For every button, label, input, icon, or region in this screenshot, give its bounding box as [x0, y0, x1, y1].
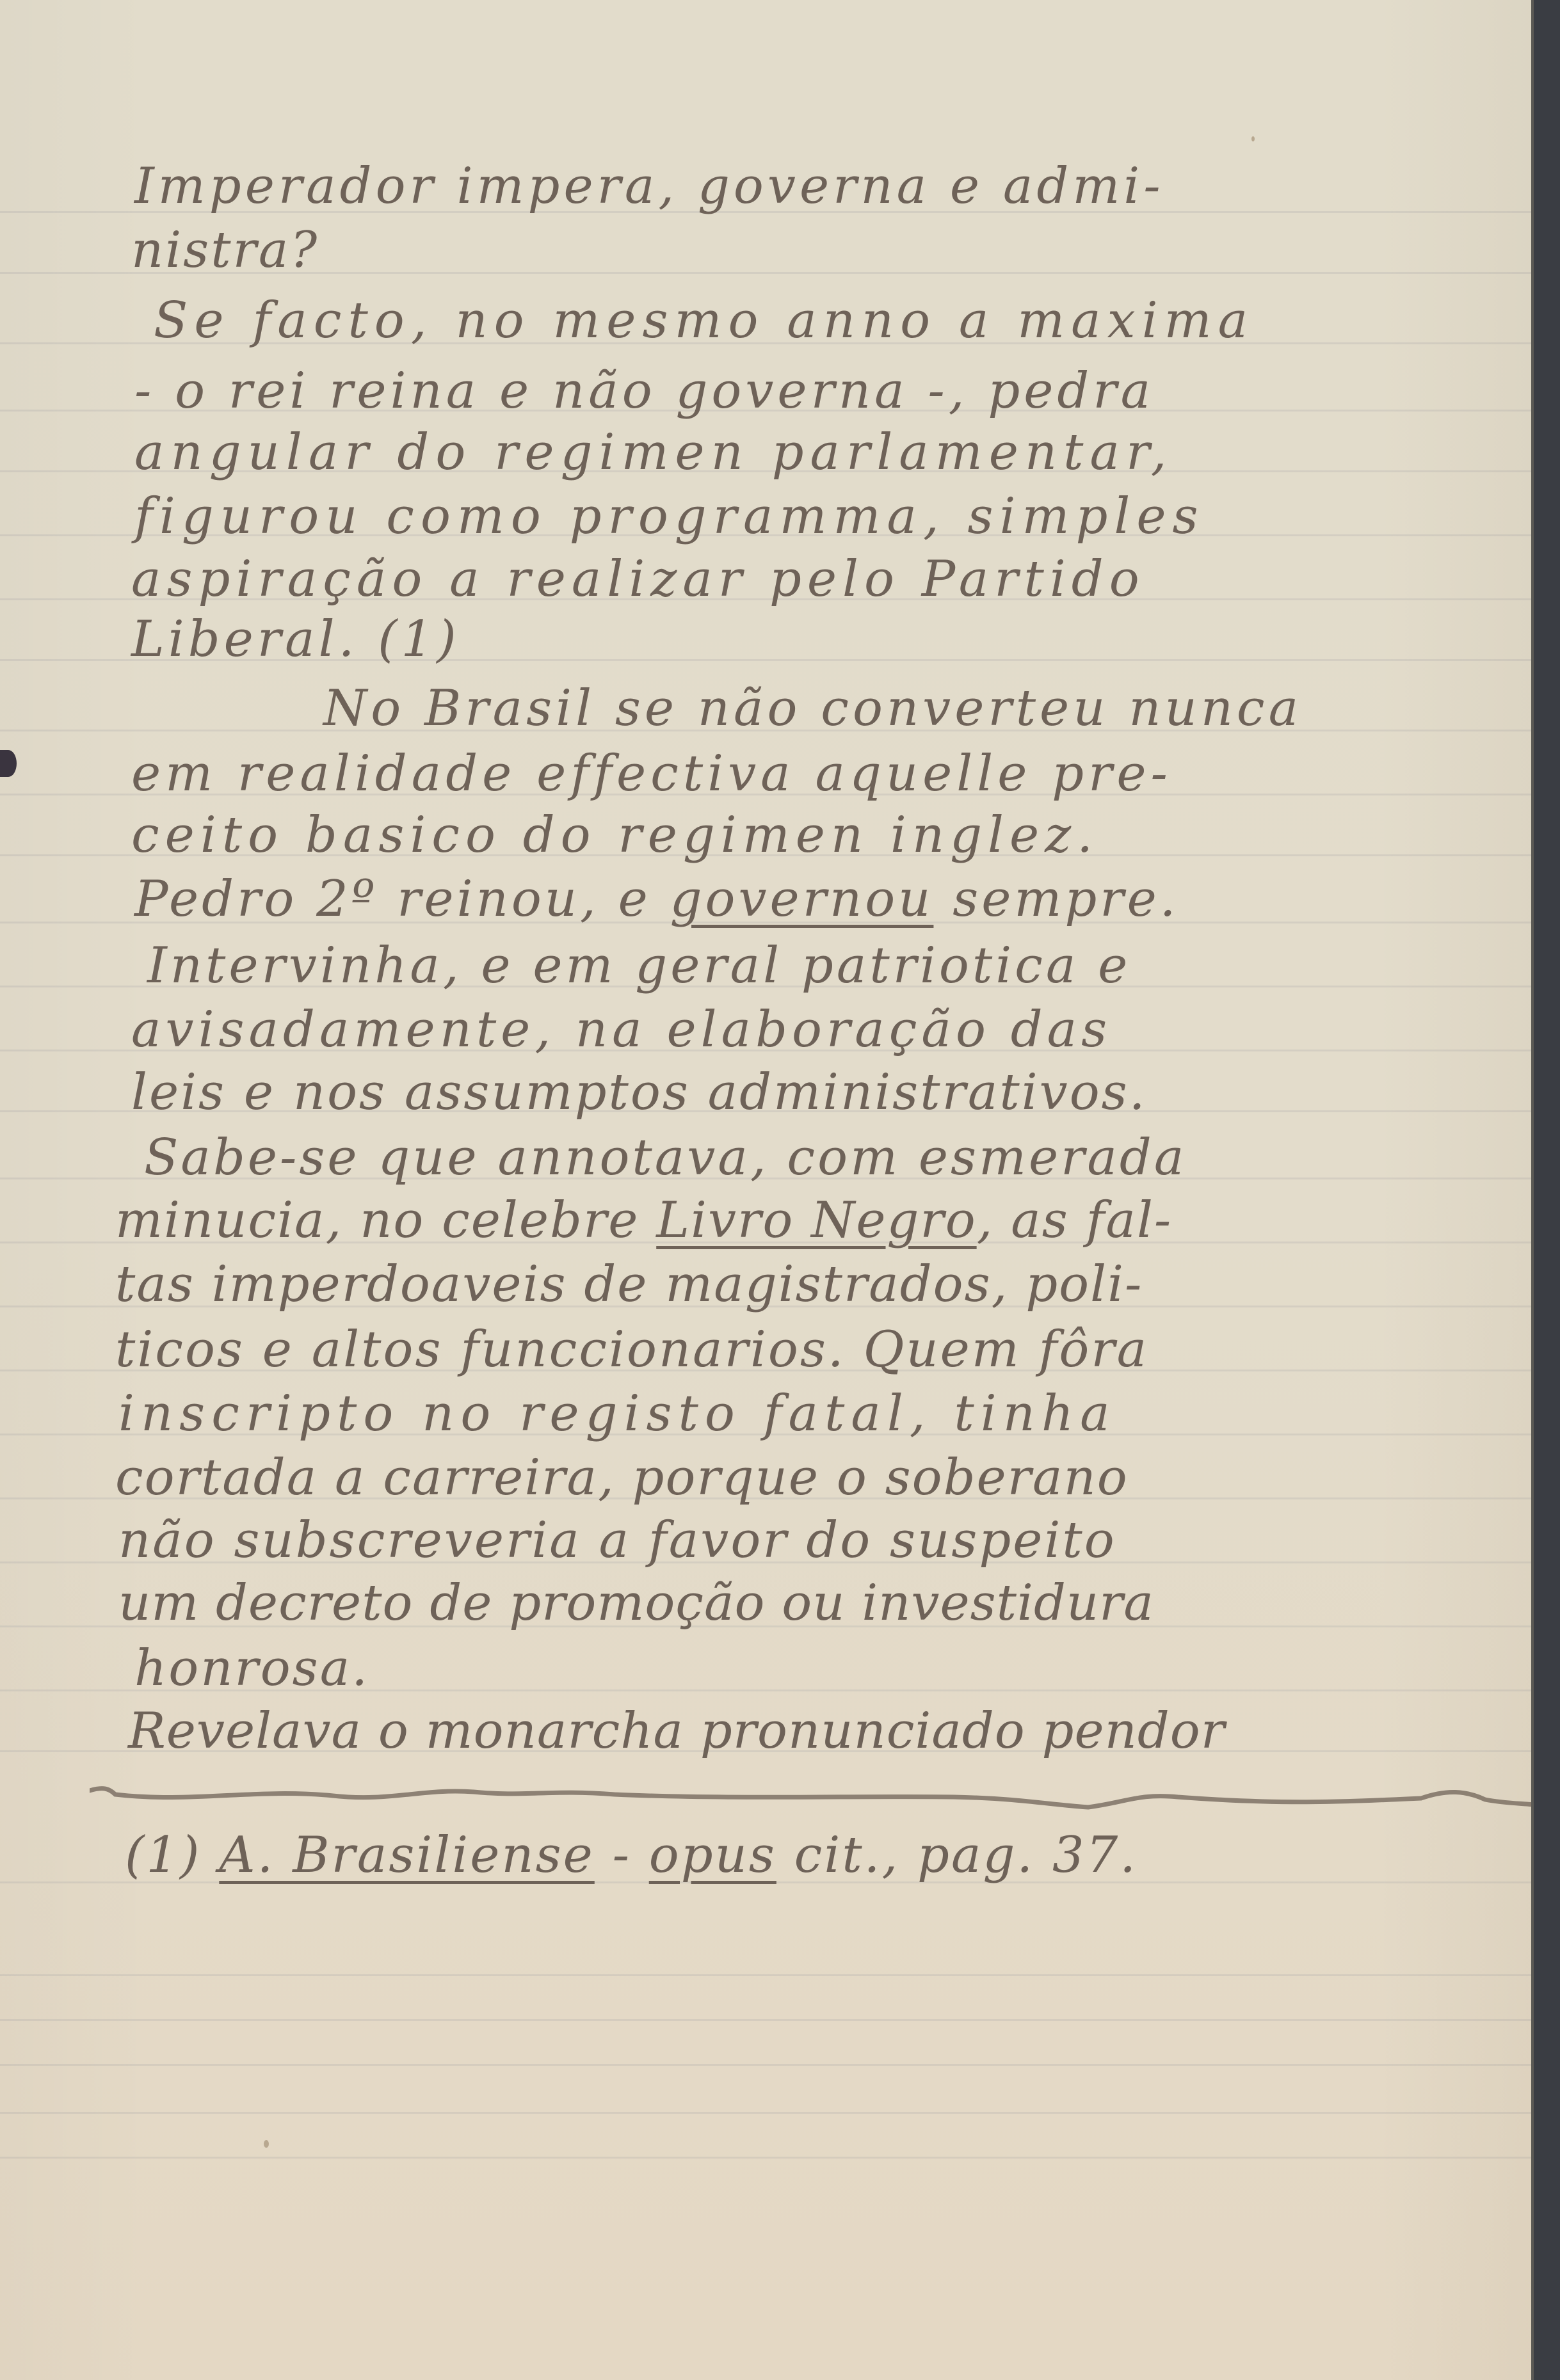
footnote-separator — [90, 1785, 1533, 1811]
text-line: figurou como programma, simples — [134, 491, 1205, 541]
text-line: minucia, no celebre Livro Negro, as fal- — [115, 1195, 1172, 1245]
text-line: Revelava o monarcha pronunciado pendor — [128, 1706, 1225, 1756]
text-line: não subscreveria a favor do suspeito — [118, 1515, 1116, 1565]
text-line: honrosa. — [134, 1643, 369, 1693]
footnote-dash: - — [595, 1826, 649, 1884]
text-line: No Brasil se não converteu nunca — [323, 683, 1302, 733]
text-segment: minucia, no celebre — [115, 1192, 656, 1249]
ruled-line — [0, 2157, 1531, 2159]
text-line: ticos e altos funccionarios. Quem fôra — [115, 1325, 1148, 1375]
text-line: Se facto, no mesmo anno a maxima — [154, 296, 1254, 346]
ruled-line — [0, 1974, 1531, 1976]
footnote-author: A. Brasiliense — [219, 1826, 594, 1884]
text-line: Intervinha, e em geral patriotica e — [147, 941, 1130, 991]
footnote-opus: opus — [649, 1826, 776, 1884]
text-line: Liberal. (1) — [131, 614, 460, 664]
text-line: angular do regimen parlamentar, — [134, 427, 1173, 477]
underlined-word: governou — [670, 870, 934, 928]
footnote-marker: (1) — [125, 1826, 202, 1884]
footnote: (1) A. Brasiliense - opus cit., pag. 37. — [125, 1830, 1138, 1880]
text-line: nistra? — [131, 225, 319, 275]
ruled-line — [0, 2112, 1531, 2114]
underlined-title: Livro Negro — [656, 1192, 976, 1249]
text-line: aspiração a realizar pelo Partido — [131, 554, 1145, 604]
text-line: um decreto de promoção ou investidura — [118, 1578, 1154, 1628]
text-segment: sempre. — [933, 870, 1178, 928]
text-line: cortada a carreira, porque o soberano — [115, 1453, 1129, 1503]
text-line: ceito basico do regimen inglez. — [131, 810, 1098, 860]
text-line: tas imperdoaveis de magistrados, poli- — [115, 1259, 1143, 1309]
text-line: - o rei reina e não governa -, pedra — [134, 366, 1154, 416]
manuscript-page: Imperador impera, governa e admi- nistra… — [0, 0, 1531, 2380]
paper-speck — [264, 2140, 269, 2148]
ruled-line — [0, 2019, 1531, 2021]
text-line: leis e nos assumptos administrativos. — [131, 1067, 1147, 1117]
text-line: Sabe-se que annotava, com esmerada — [144, 1133, 1186, 1183]
text-line: inscripto no registo fatal, tinha — [118, 1389, 1116, 1439]
page-edge-shadow — [1531, 0, 1534, 2380]
text-line: Pedro 2º reinou, e governou sempre. — [134, 874, 1179, 924]
footnote-citation: cit., pag. 37. — [776, 1826, 1138, 1884]
text-line: Imperador impera, governa e admi- — [134, 161, 1164, 211]
ink-blot — [0, 750, 17, 777]
text-line: em realidade effectiva aquelle pre- — [131, 749, 1172, 799]
text-segment: Pedro 2º reinou, e — [134, 870, 670, 928]
ruled-line — [0, 2064, 1531, 2066]
scan-background-edge — [1531, 0, 1560, 2380]
text-line: avisadamente, na elaboração das — [131, 1005, 1111, 1055]
paper-speck — [1251, 136, 1255, 141]
text-segment: , as fal- — [977, 1192, 1173, 1249]
